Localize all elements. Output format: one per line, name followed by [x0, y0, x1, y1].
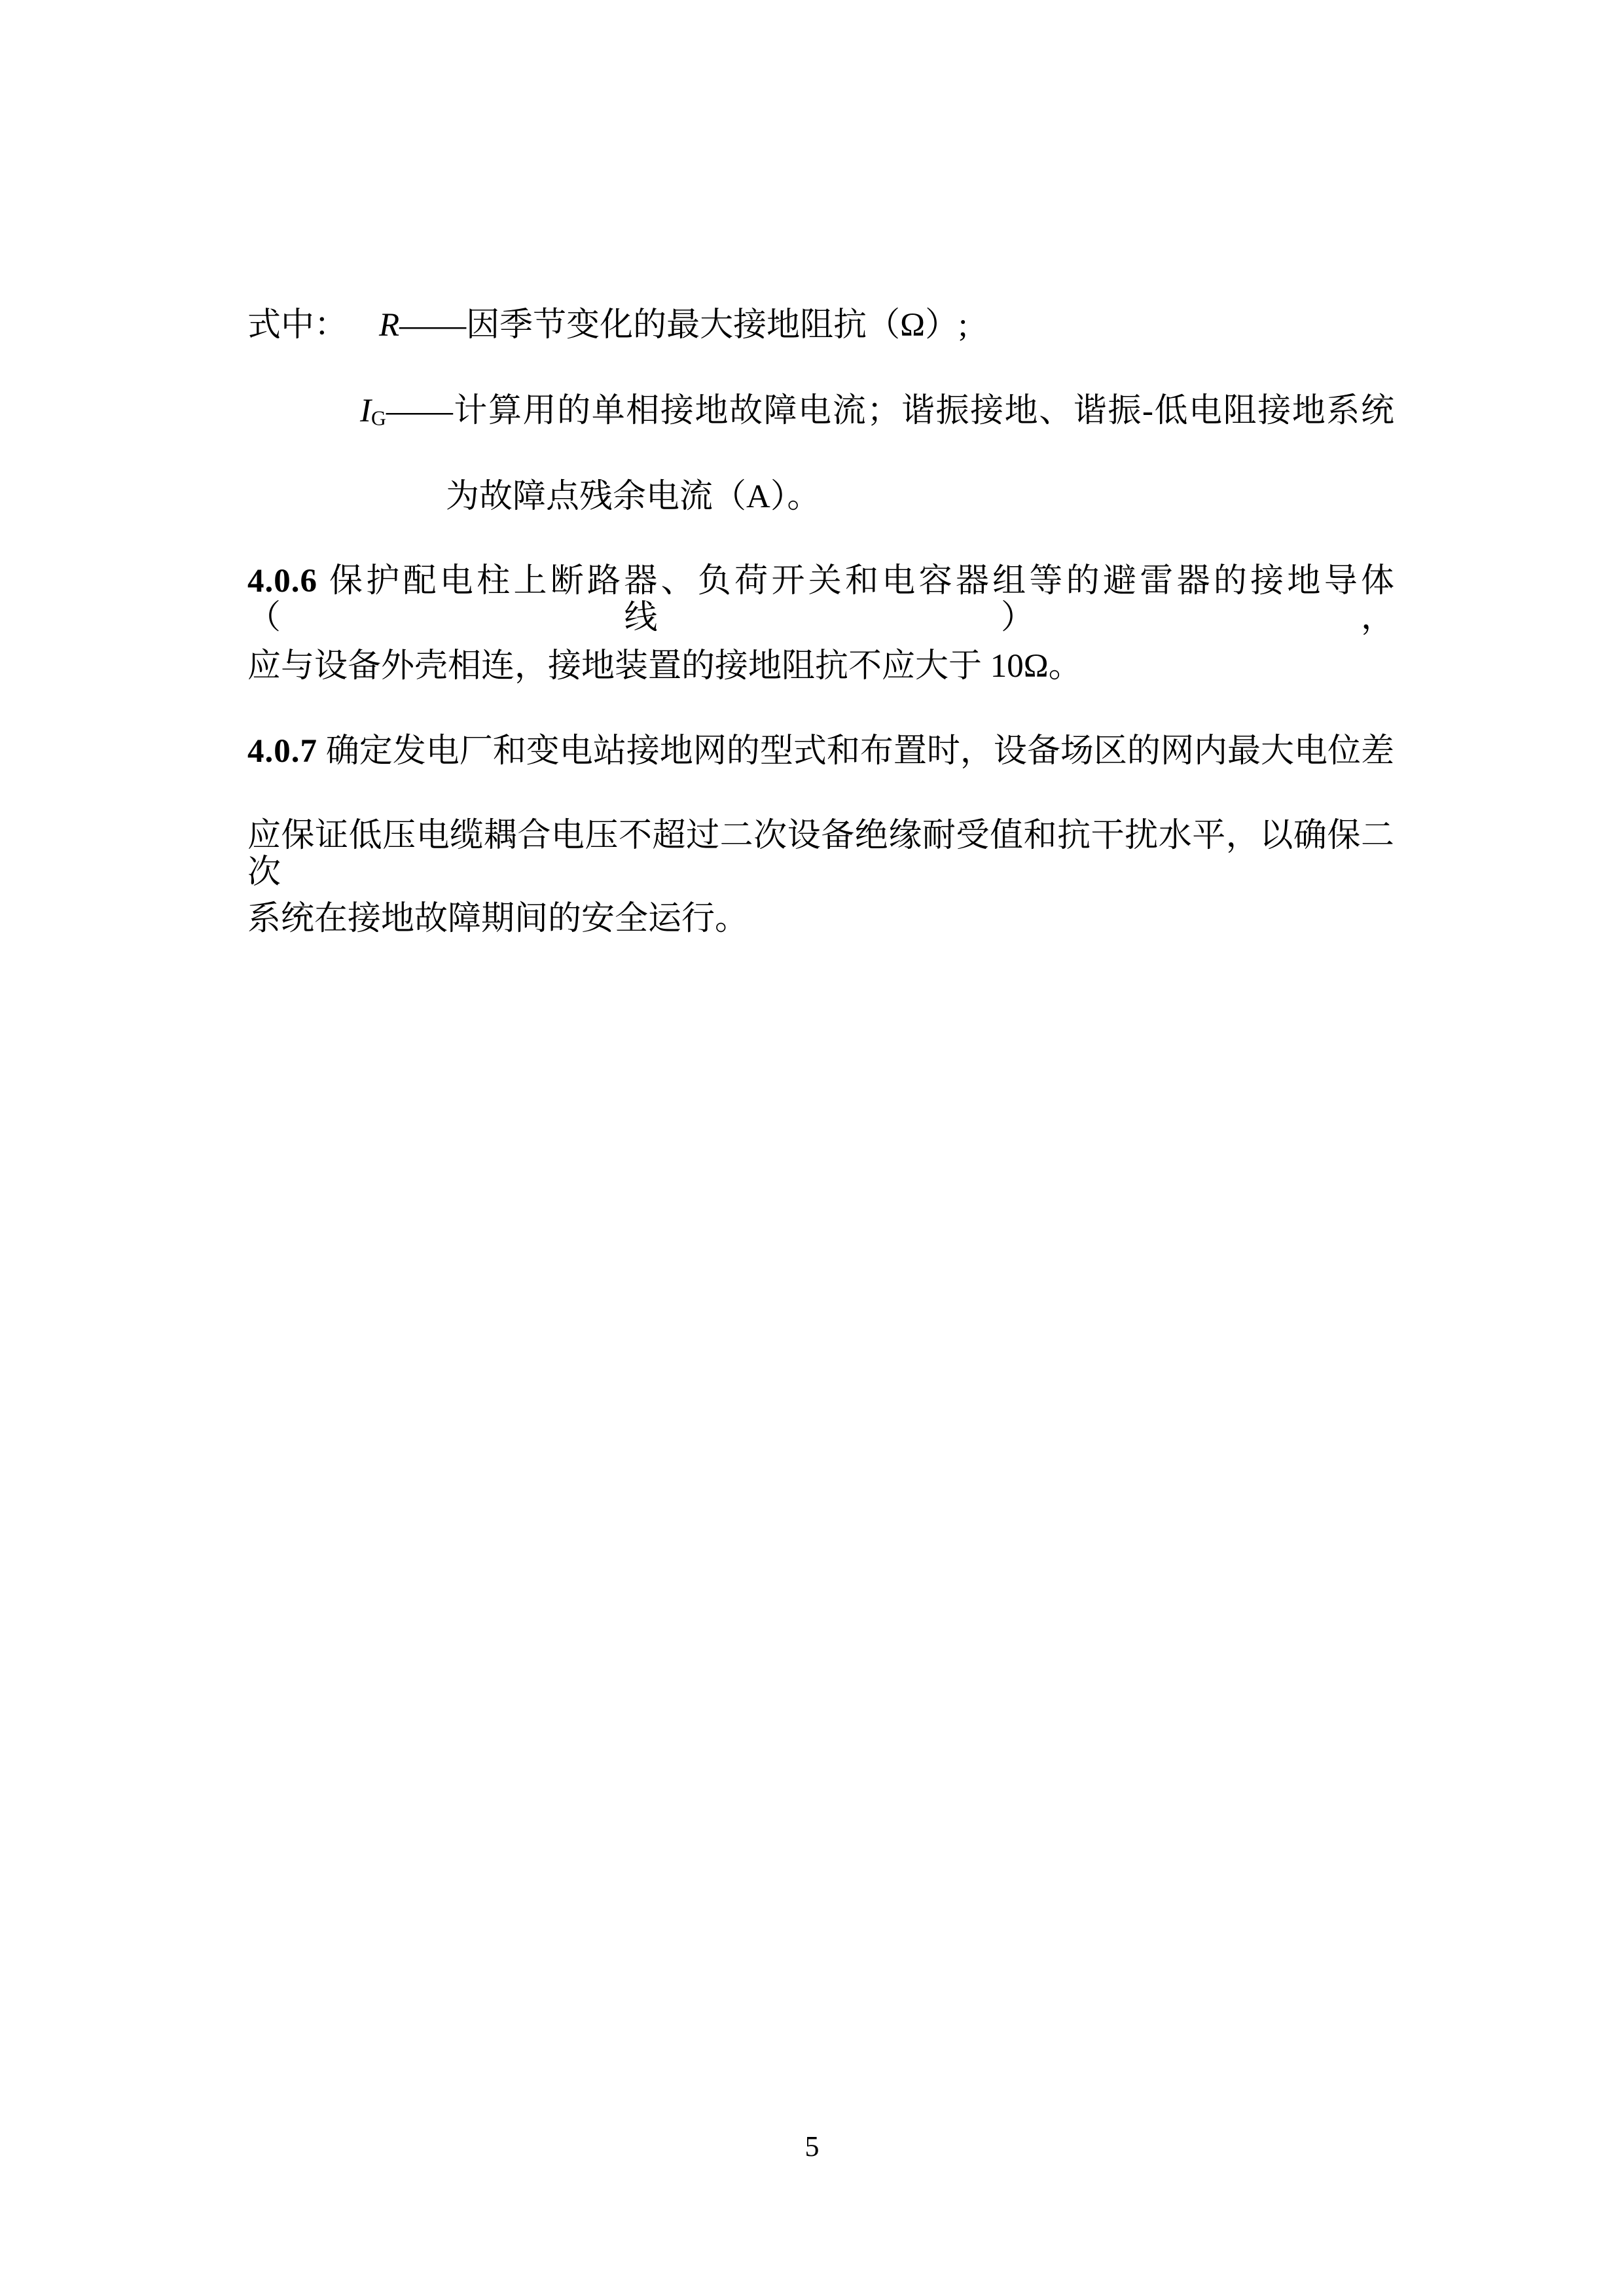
clause-number-4-0-7: 4.0.7 — [247, 733, 317, 770]
legend-label: 式中： — [247, 307, 348, 344]
formula-legend-line-ig-2: 为故障点残余电流（A）。 — [247, 478, 1394, 515]
formula-legend-line-r: 式中：R——因季节变化的最大接地阻抗（Ω）; — [247, 307, 1394, 344]
legend-definition-ig-continued: 为故障点残余电流（A）。 — [446, 478, 820, 515]
clause-number-4-0-6: 4.0.6 — [247, 563, 317, 600]
clause-4-0-6-text-1: 保护配电柱上断路器、负荷开关和电容器组等的避雷器的接地导体（线）， — [247, 563, 1394, 636]
legend-definition-ig: ——计算用的单相接地故障电流；谐振接地、谐振‐低电阻接地系统 — [386, 393, 1394, 429]
clause-4-0-7-line-1: 4.0.7 确定发电厂和变电站接地网的型式和布置时，设备场区的网内最大电位差 — [247, 733, 1394, 770]
formula-legend-line-ig-1: IG——计算用的单相接地故障电流；谐振接地、谐振‐低电阻接地系统 — [247, 393, 1394, 437]
symbol-R: R — [379, 307, 399, 344]
symbol-I: I — [360, 393, 371, 429]
legend-definition-r: ——因季节变化的最大接地阻抗（Ω）; — [399, 307, 967, 344]
page-number: 5 — [0, 2131, 1624, 2162]
clause-4-0-7-text-3: 系统在接地故障期间的安全运行。 — [247, 901, 748, 937]
clause-4-0-7-text-1: 确定发电厂和变电站接地网的型式和布置时，设备场区的网内最大电位差 — [317, 733, 1394, 770]
symbol-I-subscript-G: G — [371, 407, 386, 430]
clause-4-0-7-text-2: 应保证低压电缆耦合电压不超过二次设备绝缘耐受值和抗干扰水平，以确保二次 — [247, 817, 1394, 891]
clause-4-0-6-text-2: 应与设备外壳相连，接地装置的接地阻抗不应大于 10Ω。 — [247, 648, 1082, 685]
clause-4-0-6-line-1: 4.0.6 保护配电柱上断路器、负荷开关和电容器组等的避雷器的接地导体（线）， — [247, 563, 1394, 636]
document-page: 式中：R——因季节变化的最大接地阻抗（Ω）; IG——计算用的单相接地故障电流；… — [0, 0, 1624, 2296]
clause-4-0-6-line-2: 应与设备外壳相连，接地装置的接地阻抗不应大于 10Ω。 — [247, 648, 1394, 685]
clause-4-0-7-line-2: 应保证低压电缆耦合电压不超过二次设备绝缘耐受值和抗干扰水平，以确保二次 — [247, 817, 1394, 891]
clause-4-0-7-line-3: 系统在接地故障期间的安全运行。 — [247, 901, 1394, 937]
